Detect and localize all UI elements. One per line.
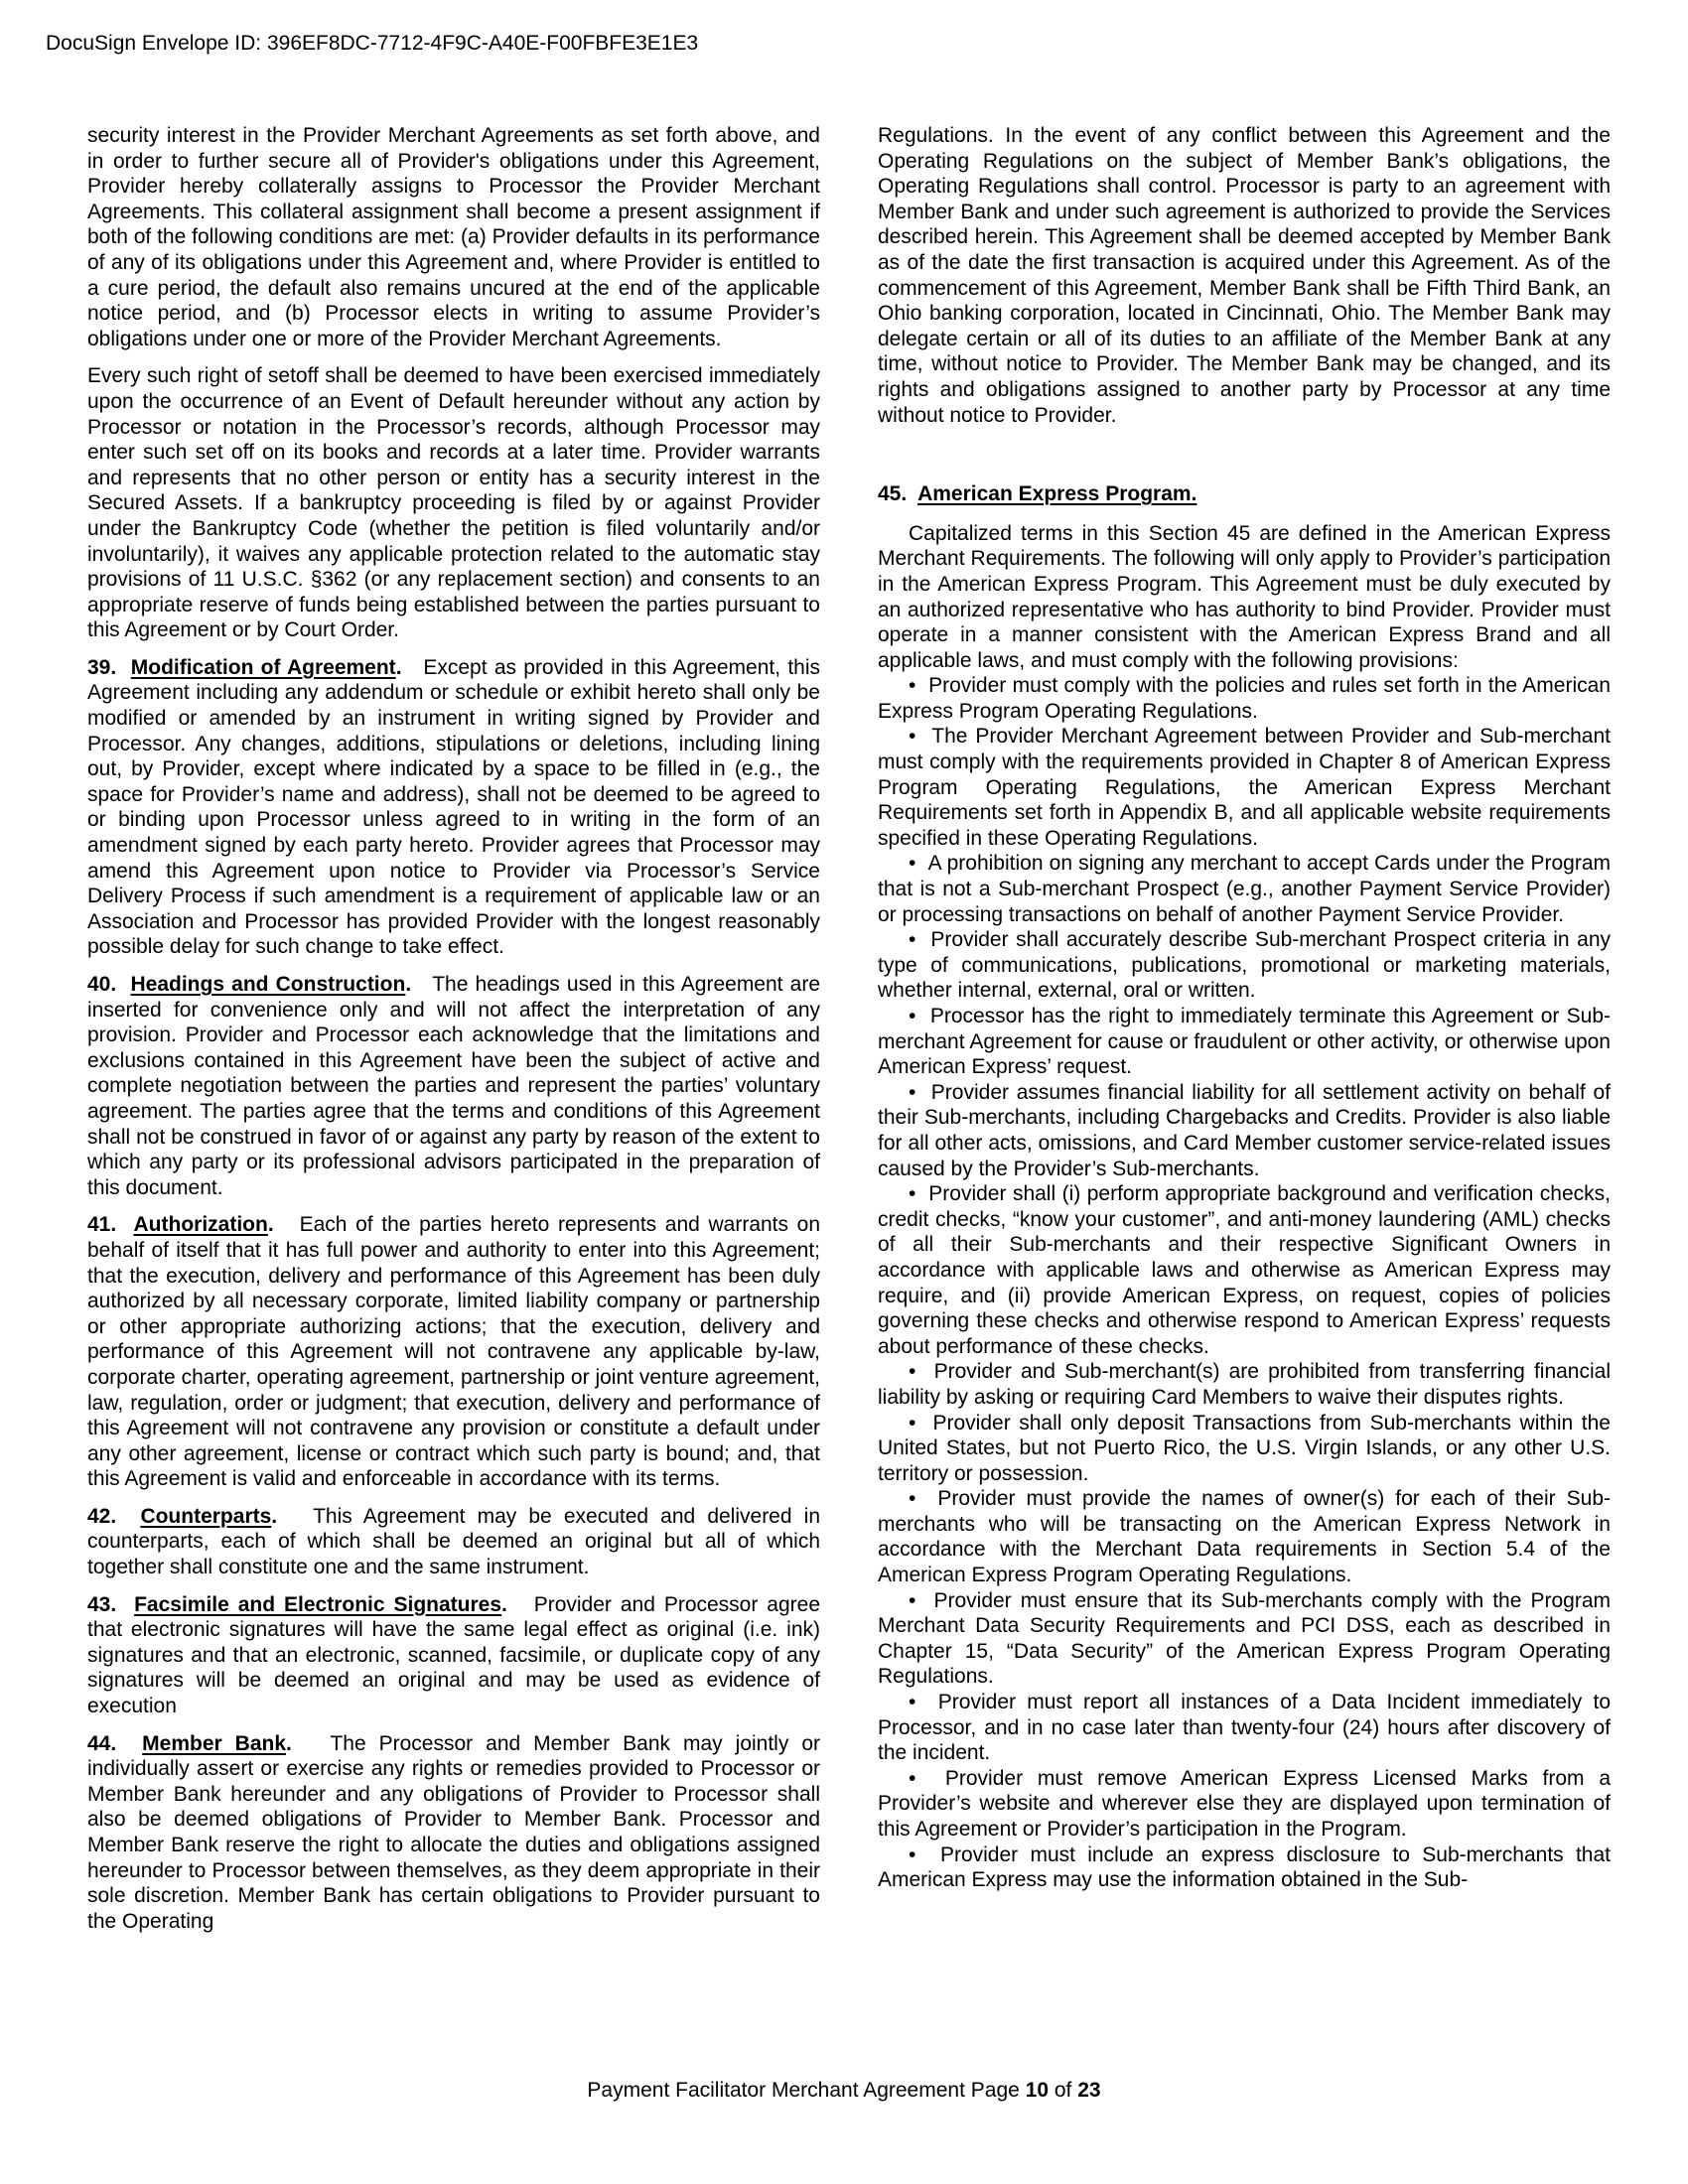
section-title: Modification of Agreement xyxy=(131,656,396,679)
section-title-period: . xyxy=(396,656,402,679)
paragraph: Regulations. In the event of any conflic… xyxy=(878,123,1611,428)
bullet-item: • Provider must ensure that its Sub-merc… xyxy=(878,1588,1611,1690)
section-number: 44. xyxy=(87,1732,116,1755)
page-footer: Payment Facilitator Merchant Agreement P… xyxy=(0,2079,1688,2103)
section-title-period: . xyxy=(268,1213,274,1236)
bullet-item: • The Provider Merchant Agreement betwee… xyxy=(878,724,1611,851)
paragraph: security interest in the Provider Mercha… xyxy=(87,123,820,351)
section-paragraph: 42. Counterparts. This Agreement may be … xyxy=(87,1504,820,1580)
right-column: Regulations. In the event of any conflic… xyxy=(878,123,1611,1934)
section-number: 43. xyxy=(87,1593,116,1616)
section-title: Facsimile and Electronic Signatures xyxy=(134,1593,501,1616)
section-text: Except as provided in this Agreement, th… xyxy=(87,656,820,959)
section-paragraph: 41. Authorization. Each of the parties h… xyxy=(87,1212,820,1492)
section-number: 45. xyxy=(878,482,907,505)
docusign-envelope-id: DocuSign Envelope ID: 396EF8DC-7712-4F9C… xyxy=(46,32,698,56)
section-title-period: . xyxy=(405,973,411,996)
bullet-item: • Provider assumes financial liability f… xyxy=(878,1080,1611,1181)
two-column-body: security interest in the Provider Mercha… xyxy=(87,123,1611,1934)
section-number: 39. xyxy=(87,656,116,679)
section-title: Counterparts xyxy=(140,1505,271,1528)
left-column: security interest in the Provider Mercha… xyxy=(87,123,820,1934)
bullet-item: • Provider must remove American Express … xyxy=(878,1766,1611,1843)
footer-page-number: 10 xyxy=(1026,2079,1049,2102)
section-heading: 45. American Express Program. xyxy=(878,481,1611,507)
bullet-item: • Provider must comply with the policies… xyxy=(878,673,1611,724)
section-number: 40. xyxy=(87,973,116,996)
section-paragraph: 39. Modification of Agreement. Except as… xyxy=(87,655,820,960)
bullet-item: • Provider must provide the names of own… xyxy=(878,1486,1611,1587)
section-title-period: . xyxy=(271,1505,277,1528)
section-title-period: . xyxy=(286,1732,292,1755)
bullet-item: • A prohibition on signing any merchant … xyxy=(878,851,1611,927)
bullet-item: • Provider must include an express discl… xyxy=(878,1843,1611,1893)
section-text: Each of the parties hereto represents an… xyxy=(87,1213,820,1490)
footer-of-label: of xyxy=(1055,2079,1072,2102)
section-paragraph: 43. Facsimile and Electronic Signatures.… xyxy=(87,1592,820,1719)
section-title-period: . xyxy=(501,1593,507,1616)
bullet-item: • Provider and Sub-merchant(s) are prohi… xyxy=(878,1359,1611,1410)
section-paragraph: 44. Member Bank. The Processor and Membe… xyxy=(87,1731,820,1935)
bullet-item: • Processor has the right to immediately… xyxy=(878,1004,1611,1080)
bullet-item: • Provider shall only deposit Transactio… xyxy=(878,1411,1611,1487)
bullet-item: • Provider shall accurately describe Sub… xyxy=(878,927,1611,1004)
paragraph: Capitalized terms in this Section 45 are… xyxy=(878,521,1611,674)
paragraph: Every such right of setoff shall be deem… xyxy=(87,363,820,643)
bullet-item: • Provider must report all instances of … xyxy=(878,1690,1611,1766)
section-number: 41. xyxy=(87,1213,116,1236)
section-title: Headings and Construction xyxy=(131,973,406,996)
section-paragraph: 40. Headings and Construction. The headi… xyxy=(87,972,820,1200)
section-text: The headings used in this Agreement are … xyxy=(87,973,820,1199)
footer-text: Payment Facilitator Merchant Agreement P… xyxy=(587,2079,1019,2102)
section-title: Authorization xyxy=(134,1213,268,1236)
section-title: Member Bank xyxy=(142,1732,286,1755)
bullet-item: • Provider shall (i) perform appropriate… xyxy=(878,1181,1611,1359)
section-text: The Processor and Member Bank may jointl… xyxy=(87,1732,820,1933)
section-title: American Express Program. xyxy=(917,482,1196,505)
footer-total-pages: 23 xyxy=(1077,2079,1100,2102)
section-number: 42. xyxy=(87,1505,116,1528)
document-page: DocuSign Envelope ID: 396EF8DC-7712-4F9C… xyxy=(0,0,1688,2184)
